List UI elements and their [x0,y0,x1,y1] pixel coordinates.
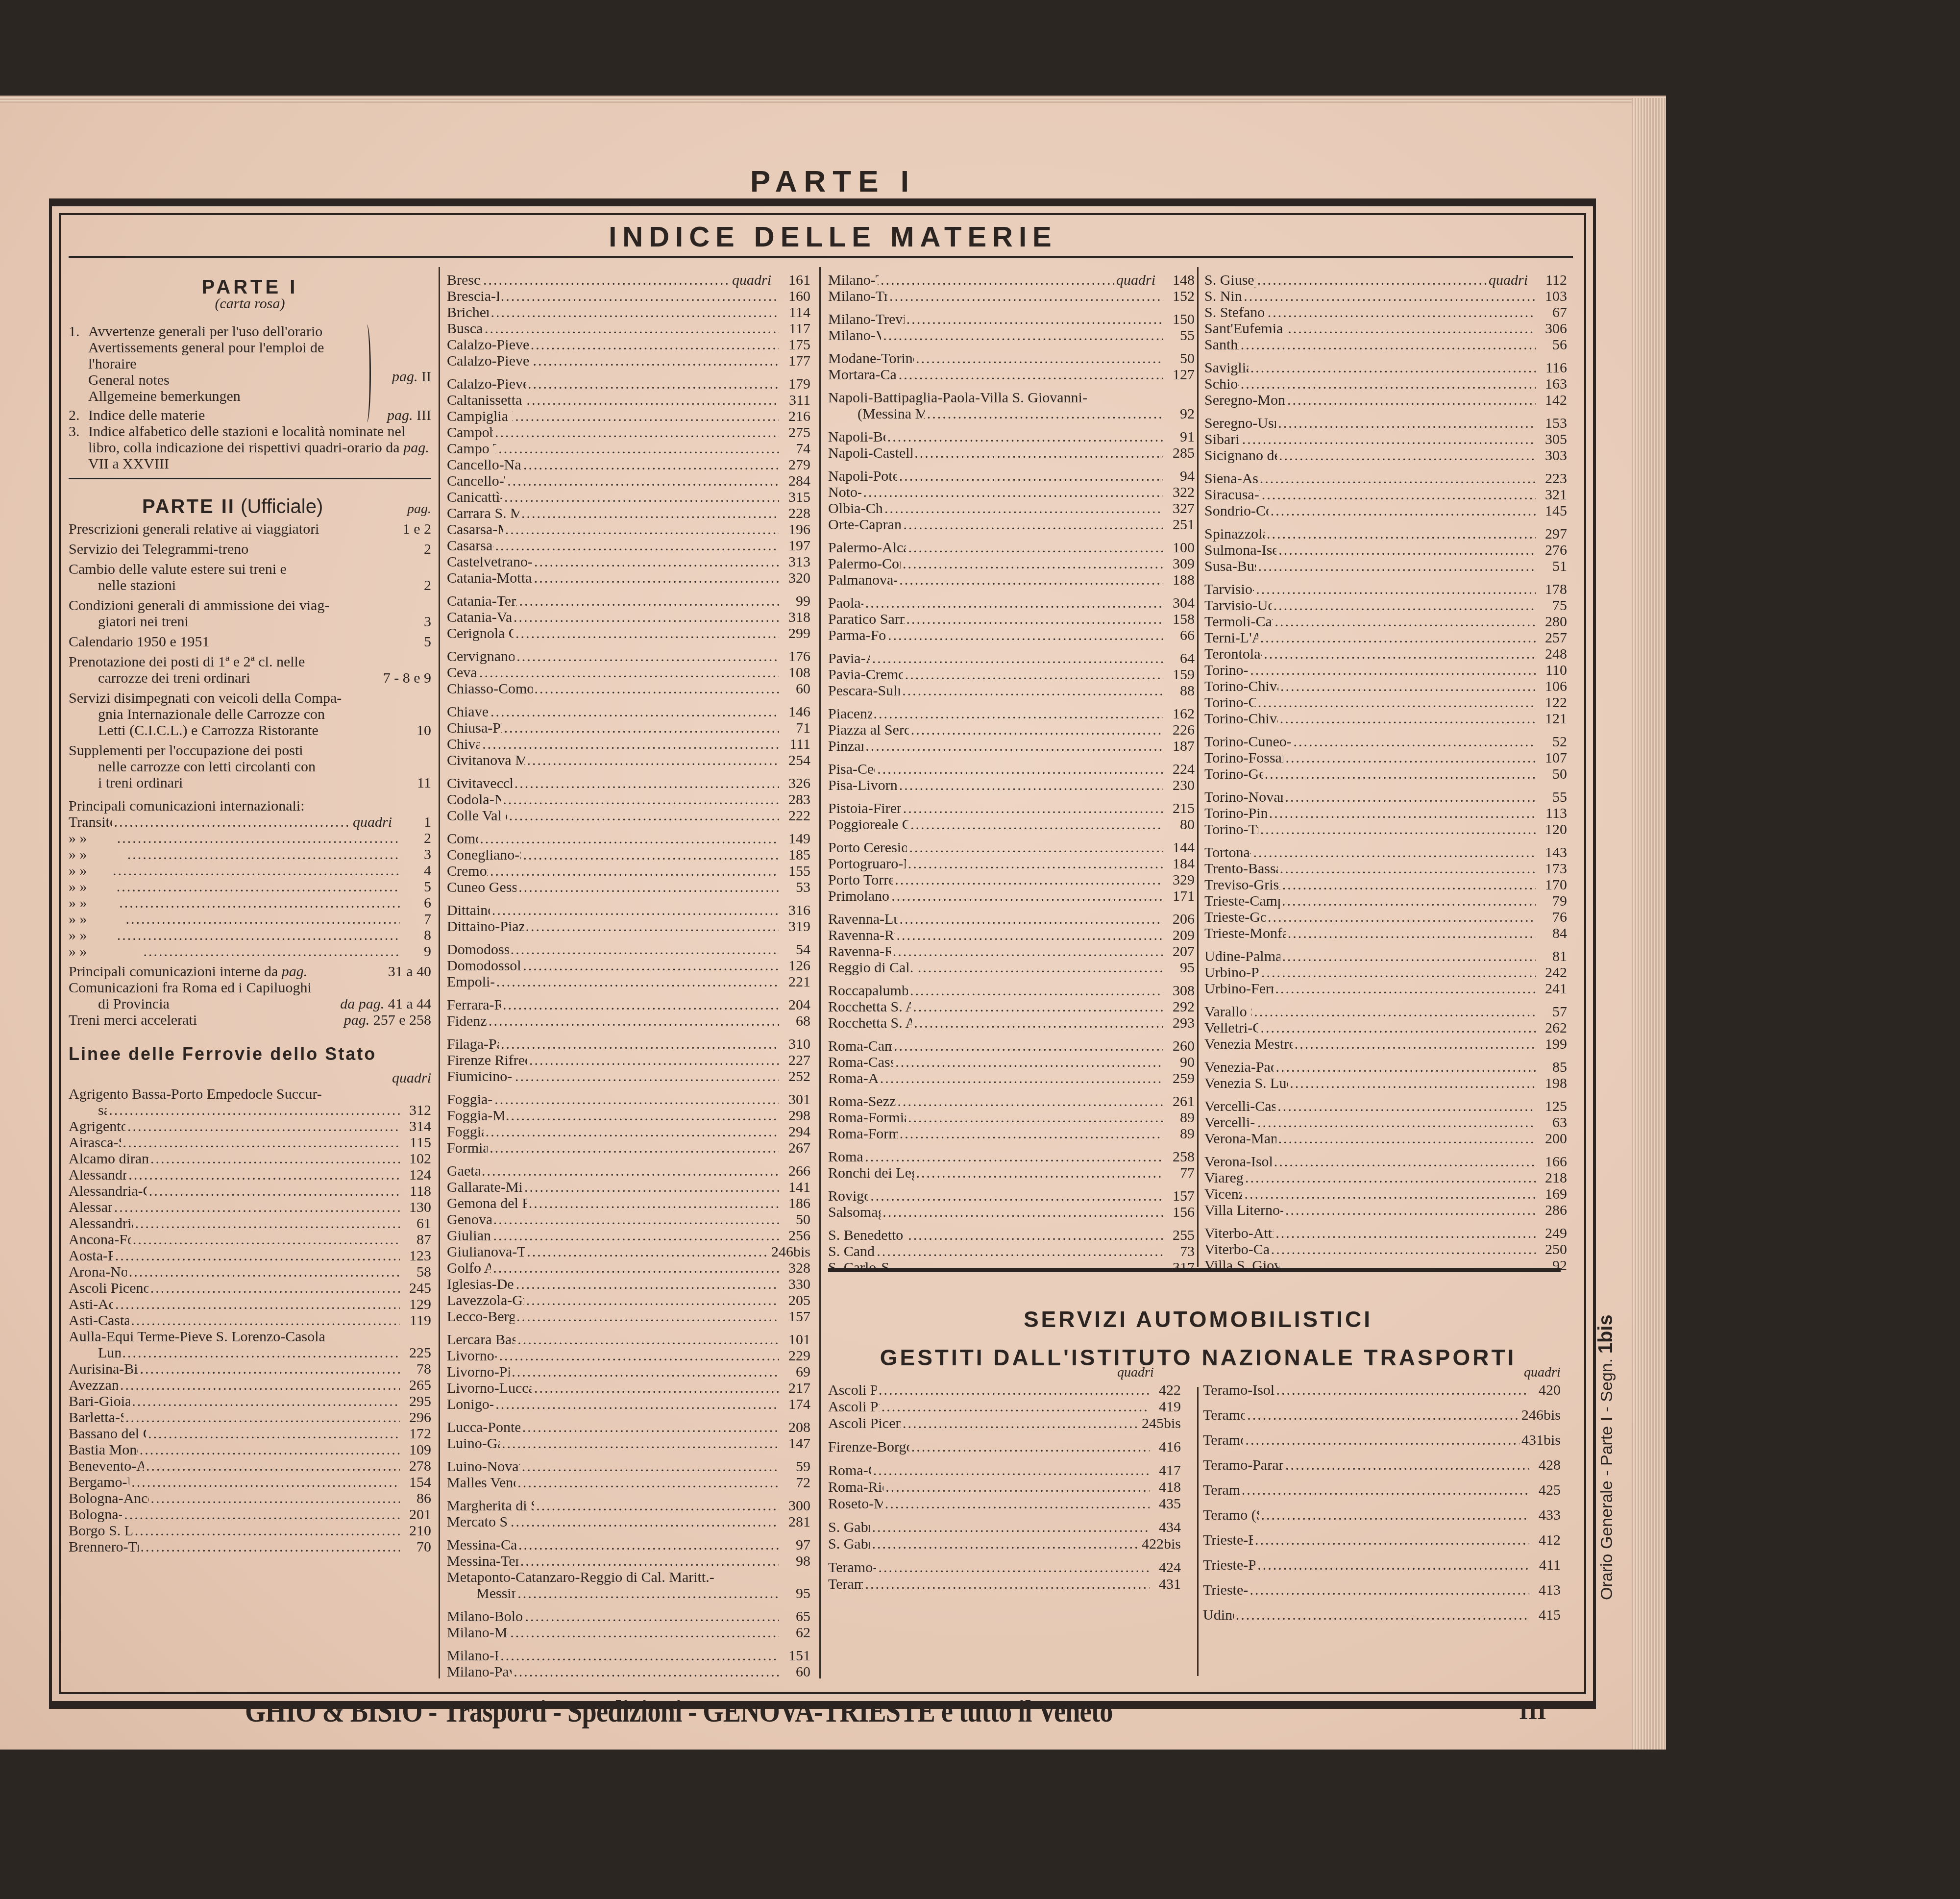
route-entry[interactable]: Sant'Eufemia Lamezia-Catanzaro Marina306 [1204,321,1567,337]
route-name: Trieste-Campomarzio-Erpelle Cosina [1204,893,1280,909]
route-entry[interactable]: Venezia Mestre-Venezia S.L. (Serv. compl… [1204,1036,1567,1052]
route-entry[interactable]: Portogruaro-Motta di Livenza-Treviso184 [828,856,1195,872]
route-entry[interactable]: Trento-Bassano del Grappa-Venezia173 [1204,861,1567,877]
route-entry[interactable]: Campobasso-Isernia275 [447,424,810,441]
route-entry[interactable]: Empoli-Siena-Chiusi221 [447,974,810,990]
route-entry[interactable]: Aosta-Pré S. Didier123 [69,1248,431,1264]
route-entry[interactable]: Ronchi dei Leg. Nord-Ronchi dei Leg. Sud… [828,1165,1195,1181]
route-entry[interactable]: Palermo-Corleone-S. Carlo-Burgio309 [828,556,1195,572]
route-name: Domodossola-Borgomanero-Novara [447,958,521,974]
route-entry[interactable]: Pavia-Alessandria64 [828,650,1195,666]
route-name: Paratico Sarnico-Palazzolo sull'Oglio [828,611,905,627]
route-entry[interactable]: Trieste-Campomarzio-Erpelle Cosina79 [1204,893,1567,909]
leader-dots [119,895,400,911]
route-entry[interactable]: Milano-Treviglio (Servizio completo)150 [828,311,1195,327]
route-entry[interactable]: Tarvisio-Udine-Treviso-Venezia75 [1204,597,1567,614]
route-entry[interactable]: Verona-Mantova-Modena-Bologna200 [1204,1131,1567,1147]
route-name: Ravenna-Russi-Faenza-Firenze [828,927,895,943]
route-entry[interactable]: Calalzo-Pieve di C.-Montebelluna-Venezia… [447,353,810,369]
transit-item[interactable]: » »Chiasso5 [69,879,431,895]
route-entry[interactable]: Milano-Treviglio-Cremona152 [828,288,1195,304]
route-entry[interactable]: Poggioreale Campagna-Trieste Centrale80 [828,816,1195,833]
route-name: Venezia S. Lucia-Padova (Servizio compl.… [1204,1075,1288,1091]
quadro-number: 207 [1165,943,1195,960]
route-entry[interactable]: Schio-Vicenza163 [1204,376,1567,392]
route-entry[interactable]: Roma-Formia-Aversa-Napoli Centrale89 [828,1110,1195,1126]
parte1-item-3[interactable]: 3. Indice alfabetico delle stazioni e lo… [69,423,431,472]
route-entry[interactable]: Torino-Bra-Savona110 [1204,662,1567,678]
route-entry[interactable]: Palermo-Alcamo diramazione-Trapani100 [828,540,1195,556]
route-entry[interactable]: Parma-Fornovo-La Spezia66 [828,627,1195,643]
parte1-item-2[interactable]: 2. Indice delle materie pag. III [69,407,431,423]
route-entry[interactable]: Alessandria-Acqui-Savona124 [69,1167,431,1183]
route-entry[interactable]: Torino-Chivasso-Casale Monferrato121 [1204,711,1567,727]
route-entry[interactable]: Cancello-Napoli (Servizio completo)279 [447,457,810,473]
route-entry[interactable]: Borgo S. Lorenzo-Pontassieve210 [69,1523,431,1539]
route-entry[interactable]: Foggia-Potenza294 [447,1124,810,1140]
route-entry[interactable]: Gaeta-Formia266 [447,1163,810,1179]
bus-route-entry[interactable]: Udine-Grado415 [1203,1607,1561,1624]
leader-dots [899,367,1163,383]
route-entry[interactable]: Torino-Cuneo-S. Dalmazzo di T.-Ventimigl… [1204,734,1567,750]
route-entry[interactable]: Luino-Novara-Mortara-Alessandria59 [447,1458,810,1475]
route-entry[interactable]: S. Candido-Fortezza73 [828,1243,1195,1259]
route-entry[interactable]: Castelvetrano-Magazzolo-Porto Empedocle3… [447,554,810,570]
route-entry[interactable]: Pistoia-Firenze (Servizio completo)215 [828,800,1195,816]
route-entry[interactable]: Napoli-Battipaglia-Paola-Villa S. Giovan… [828,390,1195,406]
route-entry[interactable]: Sulmona-Isernia-Vairano Caianello276 [1204,542,1567,558]
route-entry[interactable]: S. Giuseppe di Cairo-Altarequadri112 [1204,272,1567,288]
route-entry[interactable]: Livorno-Colle Salvetti229 [447,1348,810,1364]
leader-dots [865,1576,1150,1593]
route-entry[interactable]: Milano-Mortara-Alessandria62 [447,1625,810,1641]
route-entry[interactable]: Malles Venosta-Merano-Bolzano72 [447,1475,810,1491]
leader-dots [898,1093,1163,1110]
route-entry[interactable]: Brescia-Piadena-Parma160 [447,288,810,304]
route-entry[interactable]: Torino-Chivasso-Aosta122 [1204,694,1567,711]
bus-route-entry[interactable]: Teramo-Ascoli Piceno424 [828,1559,1181,1576]
transit-item[interactable]: » »Modane2 [69,830,431,846]
parte2-item[interactable]: Prescrizioni generali relative ai viaggi… [69,521,431,537]
route-entry[interactable]: Siena-Asciano-Grosseto223 [1204,470,1567,487]
transit-item[interactable]: Transito di Ventimigliaquadri1 [69,814,431,830]
route-entry[interactable]: Velletri-Colleferro Segni262 [1204,1020,1567,1036]
parte2-item[interactable]: Condizioni generali di ammissione dei vi… [69,597,431,630]
route-entry[interactable]: Firenze Rifredi-Firenze Campo di Marte22… [447,1052,810,1068]
route-entry[interactable]: Codola-Nocera Inferiore283 [447,791,810,808]
route-entry[interactable]: Venezia S. Lucia-Padova (Servizio compl.… [1204,1075,1567,1091]
bus-route-entry[interactable]: Ascoli Piceno-Ancona422 [828,1382,1181,1399]
leader-dots [908,540,1163,556]
bus-route-entry[interactable]: Teramo (Servizio Urbano)433 [1203,1507,1561,1524]
route-entry[interactable]: Fidenza-Fornovo68 [447,1013,810,1029]
route-entry[interactable]: Formia-Sparanise267 [447,1140,810,1156]
route-entry[interactable]: Roma-Campo Leone-Nettuno260 [828,1038,1195,1054]
route-entry[interactable]: Villa Literno-Pozzuoli Solfatara-Napoli2… [1204,1202,1567,1218]
route-entry[interactable]: Milano-Verona-Venezia55 [828,327,1195,344]
route-entry[interactable]: Gallarate-Milano (Servizio completo)141 [447,1179,810,1195]
quadro-number: 434 [1151,1519,1181,1536]
spacer [447,1530,810,1537]
route-entry[interactable]: Napoli-Potenza-Taranto-Brindisi94 [828,468,1195,484]
quadro-number: 218 [1538,1170,1567,1186]
route-entry[interactable]: Olbia-Chilivani-Cagliari327 [828,500,1195,517]
route-entry[interactable]: Palmanova-S. Giorgio di Nogaro188 [828,572,1195,588]
route-entry[interactable]: Sicignano degli Alburni-Lagonegro303 [1204,447,1567,464]
route-entry[interactable]: Verona-Isola della Scala-Rovigo166 [1204,1154,1567,1170]
route-entry[interactable]: Reggio di Cal. Marittima-Messina Maritti… [828,960,1195,976]
route-entry[interactable]: Ceva-Ormea108 [447,665,810,681]
route-entry[interactable]: Rovigo-Chioggia157 [828,1188,1195,1204]
route-entry[interactable]: Termoli-Campobasso-Benevento280 [1204,614,1567,630]
route-entry[interactable]: Ferrara-Ravenna-Rimini204 [447,997,810,1013]
route-entry[interactable]: Calalzo-Pieve di Cadore-Belluno-Padova17… [447,337,810,353]
route-entry[interactable]: Roma-Formia-Napoli Mergellina89 [828,1126,1195,1142]
parte2-item[interactable]: Cambio delle valute estere sui treni ene… [69,561,431,593]
route-entry[interactable]: Paratico Sarnico-Palazzolo sull'Oglio158 [828,611,1195,627]
route-entry[interactable]: Margherita di Sav.-Ofantino-Margherita d… [447,1498,810,1514]
route-entry[interactable]: Asti-Castagnole delle Lanze119 [69,1312,431,1329]
bus-route-entry[interactable]: S. Gabriele-Teramo422bis [828,1536,1181,1553]
route-entry[interactable]: Viterbo-Attigliano Bomarzo-Orte249 [1204,1225,1567,1241]
route-entry[interactable]: Piazza al Serchio-Bagni di Lucca-Lucca22… [828,722,1195,738]
route-entry[interactable]: Airasca-Saluzzo-Cuneo115 [69,1134,431,1151]
leader-dots [523,457,779,473]
route-entry[interactable]: Siracusa-Licata-Canicattì321 [1204,487,1567,503]
route-entry[interactable]: Varallo Sesia-Novara57 [1204,1004,1567,1020]
route-entry[interactable]: Canicattì-Margonia-Naro315 [447,489,810,505]
route-name: Milano-Bologna-Prato-Firenze-Roma [447,1608,523,1625]
route-entry[interactable]: Milano-Treviglio-Bergamoquadri148 [828,272,1195,288]
transit-item[interactable]: » »Domodossola3 [69,846,431,863]
route-entry[interactable]: Viareggio-Lucca218 [1204,1170,1567,1186]
transit-item[interactable]: » »Tarvisio8 [69,927,431,943]
route-entry-cont[interactable]: sale312 [69,1102,431,1118]
route-entry[interactable]: Carrara S. Martino-Carrara-Avenza228 [447,505,810,521]
route-entry[interactable]: Vercelli-Casale Monf.-Alessandria125 [1204,1098,1567,1114]
parte2-roma[interactable]: Comunicazioni fra Roma ed i Capiluoghi d… [69,980,431,1012]
route-entry[interactable]: Terontola-Perugia-Foligno248 [1204,646,1567,662]
route-entry[interactable]: Casarsa-Motta di Livenza196 [447,521,810,538]
bus-route-entry[interactable]: Teramo-Paranesi-Ceppo (Bosco Martese)428 [1203,1457,1561,1474]
route-entry[interactable]: Treviso-Grisignano di Zocco-Ostiglia170 [1204,877,1567,893]
route-entry[interactable]: Metaponto-Catanzaro-Reggio di Cal. Marit… [447,1569,810,1585]
transit-item[interactable]: » »Brennero6 [69,895,431,911]
route-entry[interactable]: Bologna-Pistoia-Firenze201 [69,1506,431,1523]
route-entry[interactable]: Orte-Capranica Sutri-Civitavecchia251 [828,517,1195,533]
parte2-item[interactable]: Prenotazione dei posti di 1ª e 2ª cl. ne… [69,654,431,686]
route-entry[interactable]: Ancona-Foligno-Terni-Roma87 [69,1232,431,1248]
route-entry[interactable]: Sibari-Cosenza305 [1204,431,1567,447]
route-entry[interactable]: Barletta-Spinazzola Città296 [69,1409,431,1426]
route-entry[interactable]: Arona-Novara-Alessandria58 [69,1264,431,1280]
route-entry[interactable]: S. Ninfa-Salemi103 [1204,288,1567,304]
route-entry[interactable]: Ascoli Piceno-San Benedetto del Tronto24… [69,1280,431,1296]
quadro-number: 185 [781,847,810,863]
route-entry[interactable]: Napoli-Benevento-Foggia91 [828,429,1195,445]
route-entry[interactable]: Filaga-Palazzo Adriano310 [447,1036,810,1052]
route-entry[interactable]: Noto-Pachino322 [828,484,1195,500]
route-entry[interactable]: Torino-Fossano-Mondovì-Ceva-Savona107 [1204,750,1567,766]
route-entry[interactable]: Bastia Mondovì-Mondovì-Cuneo109 [69,1442,431,1458]
route-entry[interactable]: Chiusa-Plan Val Gardena71 [447,720,810,736]
route-entry[interactable]: Rocchetta S. Antonio Lacedonia-Avellino2… [828,999,1195,1015]
route-entry[interactable]: Torino-Pinerolo-Torre Pellice113 [1204,805,1567,821]
parte2-merci[interactable]: Treni merci acceleratipag. 257 e 258 [69,1012,431,1028]
route-entry[interactable]: Casarsa-Portogruaro197 [447,538,810,554]
parte2-item[interactable]: Calendario 1950 e 19515 [69,634,431,650]
route-entry[interactable]: Urbino-Fermignano-Fano-Pesaro241 [1204,981,1567,997]
item-text: Avvertenze generali per l'uso dell'orari… [88,323,363,340]
leader-dots [534,570,779,586]
route-name: Paola-Cosenza [828,595,863,611]
transit-item[interactable]: » »San Candido7 [69,911,431,927]
route-entry[interactable]: Tarvisio-Fusine-Laghi178 [1204,581,1567,597]
route-entry[interactable]: Mortara-Casale Monferrato-Asti127 [828,367,1195,383]
route-entry[interactable]: Benevento-Avellino-Cancello-Napoli278 [69,1458,431,1474]
bus-route-entry[interactable]: Trieste-Padova-Bologna411 [1203,1557,1561,1574]
route-entry[interactable]: Vicenza-Treviso169 [1204,1186,1567,1202]
route-entry[interactable]: Sondrio-Colico-Lecco-Milano145 [1204,503,1567,519]
parte2-item[interactable]: Supplementi per l'occupazione dei postin… [69,742,431,791]
route-entry[interactable]: Chiavenna-Colico146 [447,704,810,720]
route-entry[interactable]: Ravenna-Russi-Lugo-Faenza207 [828,943,1195,960]
quadro-number: 298 [781,1108,810,1124]
leader-dots [1280,678,1536,694]
route-entry[interactable]: Agrigento Centrale-Licata314 [69,1118,431,1134]
route-entry[interactable]: Roma-Frascati258 [828,1149,1195,1165]
route-entry[interactable]: Agrigento Bassa-Porto Empedocle Succur- [69,1086,431,1102]
route-entry[interactable]: Catania-Motta S. An.-Schettino-S. Maria … [447,570,810,586]
route-entry[interactable]: Domodossola-Borgomanero-Novara126 [447,958,810,974]
route-entry[interactable]: Rocchetta S. Antonio Lac.-Gioia del Coll… [828,1015,1195,1031]
route-entry[interactable]: Roccapalumba Alia-Agrigento Centrale308 [828,983,1195,999]
route-entry[interactable]: Roma-Cassino-Caserta-Napoli90 [828,1054,1195,1070]
route-entry[interactable]: Terni-L'Aquila-Sulmona257 [1204,630,1567,646]
route-entry[interactable]: Dittaino-Leonforte316 [447,902,810,918]
quadro-number: 75 [1538,597,1567,614]
route-entry[interactable]: Catania-Termini Imerese-Palermo99 [447,593,810,609]
route-entry[interactable]: Calalzo-Pieve di C.-Vittorio V.-Venezia1… [447,376,810,392]
route-entry[interactable]: Piacenza-Cremona162 [828,706,1195,722]
route-entry[interactable]: Torino-Genova-Pisa-Roma50 [1204,766,1567,782]
route-entry[interactable]: Cervignano del Friuli-Belvedere176 [447,648,810,665]
route-entry[interactable]: Torino-Trofarello-Chieri120 [1204,821,1567,838]
route-entry[interactable]: Milano-Pavia-Stradella151 [447,1648,810,1664]
route-entry[interactable]: Roma-Albano Laziale259 [828,1070,1195,1086]
route-entry[interactable]: Vercelli-Mortara-Pavia63 [1204,1114,1567,1131]
route-entry[interactable]: Modane-Torino-Alessandria-Genova-Roma50 [828,350,1195,367]
page-number: 1 e 2 [403,521,431,537]
quadro-number: 159 [1165,666,1195,683]
route-entry[interactable]: Porto Torres-Sassari-Chilivani329 [828,872,1195,888]
quadro-number: 122 [1538,694,1567,711]
parte1-item-1[interactable]: 1. Avvertenze generali per l'uso dell'or… [69,323,431,404]
route-entry[interactable]: Roma-Sezze Romano-Terracina261 [828,1093,1195,1110]
route-entry[interactable]: Cuneo Gesso-Borgo S. Dalmazzo53 [447,879,810,895]
route-entry[interactable]: Lavezzola-Granarolo Faentino-Faenza205 [447,1292,810,1308]
route-entry[interactable]: Torino-Chivasso (servizio completo)106 [1204,678,1567,694]
route-entry[interactable]: Livorno-Pisa-Empoli-Firenze69 [447,1364,810,1380]
route-entry[interactable]: Spinazzola Città-Spinazzola297 [1204,526,1567,542]
route-entry[interactable]: Busca-Dronero117 [447,321,810,337]
route-entry[interactable]: Cancello-Torre Annunziata284 [447,473,810,489]
route-entry[interactable]: Iglesias-Decimomannu-Cagliari330 [447,1276,810,1292]
route-entry[interactable]: Napoli-Castellammare di Stabia-Gragnano2… [828,445,1195,461]
route-entry[interactable]: Pescara-Sulmona-Avezzano-Roma88 [828,683,1195,699]
bus-route-entry[interactable]: Teramo-Pescara425 [1203,1482,1561,1499]
route-entry[interactable]: Milano-Bologna-Prato-Firenze-Roma65 [447,1608,810,1625]
bus-route-entry[interactable]: Trieste-Buie-Cittanova412 [1203,1532,1561,1549]
route-entry[interactable]: Campiglia Marittima-Piombino216 [447,408,810,424]
bus-route-entry[interactable]: S. Gabriele-Roseto434 [828,1519,1181,1536]
route-entry[interactable]: Venezia-Padova-Rovigo-Bologna85 [1204,1059,1567,1075]
route-name: Noto-Pachino [828,484,861,500]
route-entry[interactable]: Campo Tures-Brunico74 [447,441,810,457]
route-entry[interactable]: Pavia-Cremona-Mantova-Monselice159 [828,666,1195,683]
route-entry[interactable]: Mercato S. Severino-Salerno281 [447,1514,810,1530]
quadro-number: 124 [402,1167,431,1183]
route-entry[interactable]: Torino-Novara-Milano-Verona-Venezia55 [1204,789,1567,805]
route-entry[interactable]: Ravenna-Russi-Faenza-Firenze209 [828,927,1195,943]
parte2-item[interactable]: Servizi disimpegnati con veicoli della C… [69,690,431,739]
route-entry[interactable]: Santhià-Arona56 [1204,337,1567,353]
route-entry[interactable]: Civitavecchia Marittima-Roma326 [447,775,810,791]
route-entry[interactable]: Tortona-Novi Ligure143 [1204,844,1567,861]
route-entry[interactable]: Alessandria-Voghera-Piacenza61 [69,1215,431,1232]
transit-item[interactable]: » »Poggioreale Campagna9 [69,943,431,960]
route-entry-cont[interactable]: Lunigiana225 [69,1345,431,1361]
route-entry[interactable]: Chivasso-Asti111 [447,736,810,752]
route-entry[interactable]: Dittaino-Piazza Armerina-Caltagirone319 [447,918,810,935]
bus-route-entry[interactable]: Teramo-Isola del Gr. Sasso-Castelli420 [1203,1382,1561,1399]
route-entry[interactable]: Pisa-Cecina-Volterra224 [828,761,1195,777]
route-entry[interactable]: Aurisina-Bivio d'Aurisina-Trieste78 [69,1361,431,1377]
parte2-item[interactable]: Servizio dei Telegrammi-treno2 [69,541,431,557]
route-entry[interactable]: Alessandria-Ovada130 [69,1199,431,1215]
route-name: Trieste-Buie-Cittanova [1203,1532,1253,1549]
route-entry[interactable]: Domodossola-Arona-Milano54 [447,941,810,958]
bus-route-entry[interactable]: Firenze-Borgo S. Lorenzo-Marradi-Faenza4… [828,1439,1181,1455]
route-entry[interactable]: Conegliano-Susegana-Montebelluna185 [447,847,810,863]
route-entry[interactable]: Salsomaggiore-Fidenza156 [828,1204,1195,1220]
route-entry[interactable]: Civitanova Marche-Macerata-Fabriano254 [447,752,810,768]
route-entry[interactable]: Aulla-Equi Terme-Pieve S. Lorenzo-Casola [69,1329,431,1345]
bus-route-entry[interactable]: Roma-Rieti-Ascoli Piceno418 [828,1479,1181,1496]
route-entry[interactable]: Primolano-Bassano-Vicenza171 [828,888,1195,904]
route-entry[interactable]: Bricherasio-Barge114 [447,304,810,321]
bus-route-entry[interactable]: Trieste-Villa Decani413 [1203,1582,1561,1599]
route-name: Lonigo-Lonigo Città [447,1396,493,1412]
route-entry[interactable]: Lonigo-Lonigo Città174 [447,1396,810,1412]
route-entry[interactable]: Savigliano-Saluzzo116 [1204,360,1567,376]
bus-route-entry[interactable]: Roma-Campobasso417 [828,1462,1181,1479]
quadro-number: 262 [1538,1020,1567,1036]
route-entry[interactable]: Cerignola Campagna-Cerignola299 [447,625,810,641]
leader-dots [899,468,1163,484]
route-entry[interactable]: Seregno-Monza-Milano (Serv. completo)142 [1204,392,1567,408]
route-entry[interactable]: Brennero-Trento-Verona-Bologna70 [69,1539,431,1555]
route-entry[interactable]: Trieste-Gorizia Centr.-Udine76 [1204,909,1567,925]
bus-route-entry[interactable]: Ascoli Piceno-Macerata419 [828,1399,1181,1415]
transit-item[interactable]: » »Luino4 [69,863,431,879]
route-entry[interactable]: Bologna-Ancona-Foggia-Brindisi-Lecce86 [69,1490,431,1506]
route-name: Lunigiana [98,1345,121,1361]
bus-route-entry[interactable]: Teramo-Notaresco431bis [1203,1432,1561,1449]
route-entry[interactable]: Susa-Bussoleno-Torino51 [1204,558,1567,574]
route-entry[interactable]: Milano-Pavia-Tortona-Genova60 [447,1664,810,1680]
route-entry[interactable]: Bassano del Grappa-Cittadella-Padova172 [69,1426,431,1442]
bus-route-entry[interactable]: Ascoli Piceno-S. Benedetto del Tronto245… [828,1415,1181,1432]
route-entry[interactable]: Lucca-Pontedera-Bagni di Casciana208 [447,1419,810,1435]
route-entry[interactable]: Asti-Acqui-Genova129 [69,1296,431,1312]
route-name: Rocchetta S. Antonio Lacedonia-Avellino [828,999,911,1015]
route-entry[interactable]: Colle Val d'Elsa-Poggibonsi222 [447,808,810,824]
route-entry[interactable]: Fiumicino-Ponte Galeria-Roma252 [447,1068,810,1085]
route-entry[interactable]: Porto Ceresio-Varese-Gallarate-Milano144 [828,839,1195,856]
bus-route-entry[interactable]: Roseto-Montorio Vomano435 [828,1496,1181,1512]
route-entry[interactable]: Ravenna-Lugo-Castel Bolognese206 [828,911,1195,927]
leader-dots [1278,1131,1536,1147]
route-entry[interactable]: Lecco-Bergamo-Rovato-Brescia157 [447,1308,810,1325]
route-entry[interactable]: Avezzano-Roccasecca265 [69,1377,431,1393]
route-entry[interactable]: Messina-Catania-Siracusa Maritt.97 [447,1537,810,1553]
route-entry[interactable]: S. Benedetto del Tronto-Ascoli Piceno255 [828,1227,1195,1243]
route-entry[interactable]: Foggia-Manfredonia Città298 [447,1108,810,1124]
route-entry[interactable]: Gemona del Friuli-Spilimbergo-Casarsa186 [447,1195,810,1211]
route-entry[interactable]: Livorno-Lucca-Montecatini-Pistoia-Firenz… [447,1380,810,1396]
route-entry[interactable]: Catania-Valsavoia-Caltagirone318 [447,609,810,625]
route-entry-cont[interactable]: Messina Marittima95 [447,1585,810,1602]
route-entry[interactable]: Pinzano-Sacile187 [828,738,1195,754]
leader-dots [124,1506,400,1523]
route-entry[interactable]: Bari-Gioia del Colle-Taranto295 [69,1393,431,1409]
route-entry[interactable]: Paola-Cosenza304 [828,595,1195,611]
route-entry[interactable]: Giulianova-Teramo256 [447,1228,810,1244]
route-entry[interactable]: Genova-Pisa-Roma50 [447,1211,810,1228]
route-entry[interactable]: Messina-Termini Imerese-Palermo98 [447,1553,810,1569]
route-entry[interactable]: Bergamo-Usmate C.-Milano154 [69,1474,431,1490]
route-entry[interactable]: Seregno-Usmate Carnate-Bergamo153 [1204,415,1567,431]
route-entry[interactable]: Udine-Palmanova-Cervignano-Grado81 [1204,948,1567,964]
route-entry[interactable]: Como-Lecco149 [447,831,810,847]
quadro-number: 92 [1165,406,1195,422]
route-entry[interactable]: Lercara Bassa-Filaga-Magazzolo101 [447,1332,810,1348]
route-entry[interactable]: Trieste-Monfalcone-Portogruaro-Venezia84 [1204,925,1567,941]
route-entry[interactable]: Alessandria-Cavallermaggiore-Moretta118 [69,1183,431,1199]
route-entry[interactable]: Cremona-Fidenza155 [447,863,810,879]
route-entry[interactable]: Urbino-Pergola-Fabriano242 [1204,964,1567,981]
route-name: Pisa-Livorno (servizio completo) [828,777,897,793]
bus-route-entry[interactable]: Teramo-Bisenti431 [828,1576,1181,1593]
parte2-interne[interactable]: Principali comunicazioni interne da pag.… [69,963,431,980]
quadro-number: 245 [402,1280,431,1296]
route-entry[interactable]: Viterbo-Capranica Sutri-Roma250 [1204,1241,1567,1258]
route-entry[interactable]: Luino-Gallarate-Milano147 [447,1435,810,1452]
route-entry[interactable]: S. Stefano di Magra-Sarzana67 [1204,304,1567,321]
route-entry[interactable]: Giulianova-Teramo (Autoservizio I.N.T.)2… [447,1244,810,1260]
route-entry[interactable]: Golfo Aranci-Olbia328 [447,1260,810,1276]
route-entry[interactable]: Foggia-Lucera Città301 [447,1091,810,1108]
route-entry[interactable]: Brescia-Cremonaquadri161 [447,272,810,288]
route-entry[interactable]: Caltanissetta Xirbi-Agrigento Centrale31… [447,392,810,408]
route-entry-cont[interactable]: (Messina Marittima)-Reggio di Cal.92 [828,406,1195,422]
bus-route-entry[interactable]: Teramo-Giulianova246bis [1203,1407,1561,1424]
route-entry[interactable]: Pisa-Livorno (servizio completo)230 [828,777,1195,793]
quadro-number: 106 [1538,678,1567,694]
route-entry[interactable]: Alcamo diramaz.-Castelvetrano-Trapani102 [69,1151,431,1167]
route-entry[interactable]: Chiasso-Como-Milano-Genova-Ventimiglia60 [447,681,810,697]
